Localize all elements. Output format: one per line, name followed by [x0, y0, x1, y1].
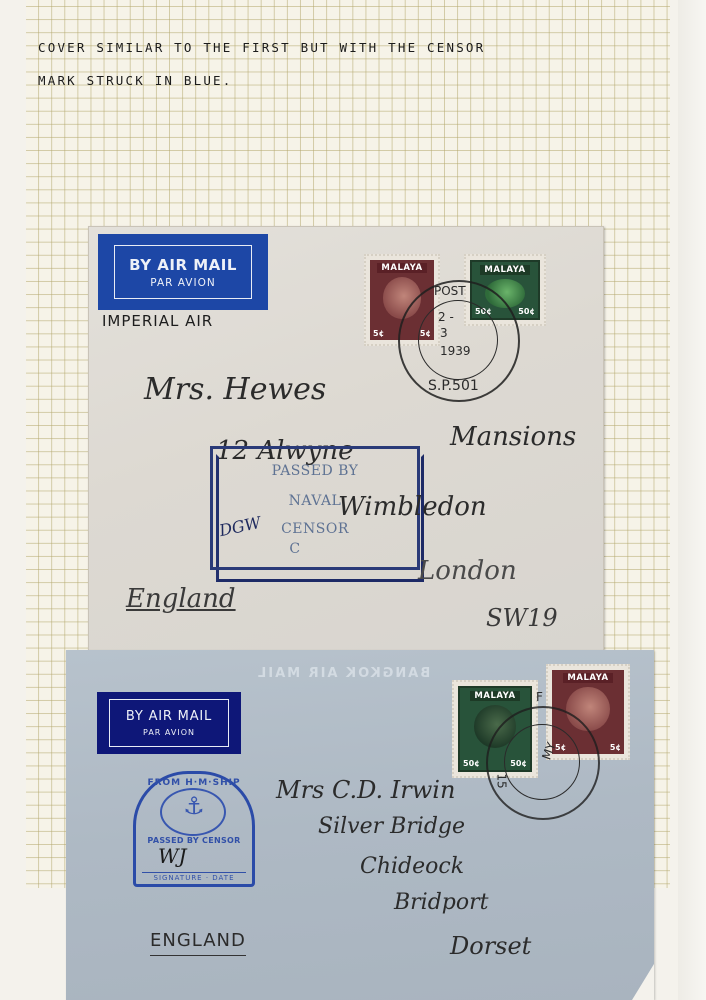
postmark-date: 2 - — [438, 310, 454, 324]
postmark-top: POST — [434, 284, 466, 298]
postmark-fragment: F — [536, 690, 543, 704]
stamp-value: 50¢ — [518, 307, 535, 316]
address-postcode: SW19 — [486, 604, 558, 632]
censor-signature: WJ — [158, 844, 187, 868]
anchor-icon: ⚓ — [136, 792, 252, 820]
censor-signature-line: SIGNATURE · DATE — [142, 872, 246, 882]
address-county: Dorset — [450, 932, 531, 960]
address-country: England — [126, 584, 236, 614]
censor-top-text: FROM H·M·SHIP — [136, 778, 252, 788]
stamp-country: MALAYA — [470, 691, 519, 701]
address-village: Chideock — [360, 854, 464, 879]
censor-middle-text: PASSED BY CENSOR — [136, 836, 252, 845]
album-note-line-1: COVER SIMILAR TO THE FIRST BUT WITH THE … — [38, 40, 485, 55]
address-building: Mansions — [450, 422, 576, 452]
address-country: ENGLAND — [150, 930, 246, 956]
stamp-value: 5¢ — [373, 329, 384, 338]
address-town: Bridport — [394, 890, 489, 915]
airmail-label: BY AIR MAIL PAR AVION — [97, 692, 241, 754]
airmail-label: BY AIR MAIL PAR AVION — [98, 234, 268, 310]
page-margin — [678, 0, 706, 1000]
torn-corner — [632, 964, 654, 1000]
postmark-day: 3 — [440, 326, 448, 340]
address-city: London — [418, 556, 517, 586]
mirrored-imprint: BANGKOK AIR MAIL — [256, 666, 430, 681]
stamp-country: MALAYA — [563, 673, 612, 683]
hm-ship-censor-mark: FROM H·M·SHIP ⚓ PASSED BY CENSOR WJ SIGN… — [133, 771, 255, 887]
stamp-value: 5¢ — [610, 743, 621, 752]
address-name: Mrs C.D. Irwin — [276, 776, 455, 804]
airmail-label-line-2: PAR AVION — [143, 728, 195, 737]
route-note: IMPERIAL AIR — [102, 312, 213, 330]
postmark-office: S.P.501 — [428, 378, 479, 394]
airmail-label-line-1: BY AIR MAIL — [129, 256, 237, 274]
address-district: Wimbledon — [338, 492, 487, 522]
stamp-country: MALAYA — [480, 265, 529, 275]
postmark-circle — [486, 706, 600, 820]
album-note-line-2: MARK STRUCK IN BLUE. — [38, 73, 233, 88]
cover-2-envelope: BANGKOK AIR MAIL BY AIR MAIL PAR AVION M… — [66, 650, 654, 1000]
address-house: Silver Bridge — [318, 814, 465, 839]
stamp-country: MALAYA — [377, 263, 426, 273]
cover-1-envelope: BY AIR MAIL PAR AVION IMPERIAL AIR MALAY… — [88, 226, 604, 651]
stamp-value: 50¢ — [463, 759, 480, 768]
censor-line-4: C — [173, 541, 417, 557]
airmail-label-line-1: BY AIR MAIL — [126, 709, 212, 724]
address-name: Mrs. Hewes — [144, 372, 326, 407]
censor-line-1: PASSED BY — [213, 463, 417, 479]
postmark-fragment: 15 — [495, 773, 509, 788]
airmail-label-line-2: PAR AVION — [150, 277, 215, 289]
postmark-year: 1939 — [440, 344, 471, 358]
